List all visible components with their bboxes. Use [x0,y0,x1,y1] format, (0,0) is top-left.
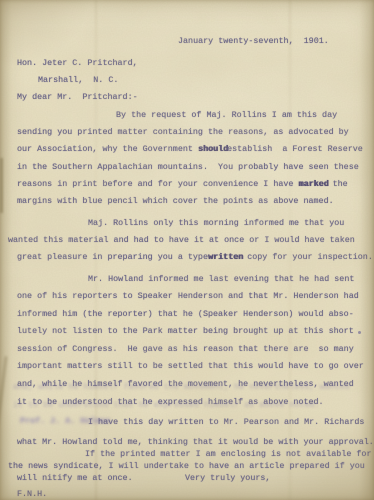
p3-line5: session of Congress. He gave as his reas… [17,344,354,354]
p1-line6: margins with blue pencil which cover the… [17,196,334,206]
p1-line5: reasons in print before and for your con… [17,179,348,189]
p2-line3: great pleasure in preparing you a typewr… [17,252,373,262]
p1-line1: By the request of Maj. Rollins I am this… [116,110,337,120]
p4-line1: I have this day written to Mr. Pearson a… [88,417,364,427]
diagonal-crease [0,356,8,448]
p3-line4: lutely not listen to the Park matter bei… [17,326,354,336]
p3-line2: one of his reporters to Speaker Henderso… [17,291,359,301]
p4-line3: If the printed matter I am enclosing is … [85,449,371,459]
p2-line1: Maj. Rollins only this morning informed … [88,218,344,228]
left-edge-shadow [0,158,3,213]
recipient-name-line: Hon. Jeter C. Pritchard, [17,58,138,68]
recipient-city-line: Marshall, N. C. [38,75,118,85]
overstruck-word-should: should [198,144,228,154]
p4-line4: the news syndicate, I will undertake to … [8,461,365,471]
valediction: Very truly yours, [185,473,270,483]
p1-line3: our Association, why the Government shou… [17,144,363,154]
p1-line5-pre: reasons in print before and for your con… [17,179,298,189]
p1-line2: sending you printed matter containing th… [17,127,349,137]
p2-line3-post: copy for your inspection. [242,252,373,262]
salutation-line: My dear Mr. Pritchard:- [17,92,138,102]
p3-line8: it to be understood that he expressed hi… [17,397,324,407]
p3-line3: informed him (the reporter) that he (Spe… [17,309,354,319]
p3-line6: important matters still to be settled th… [17,361,364,371]
overstruck-word-marked: marked [298,179,328,189]
p3-line7: and, while he himself favored the moveme… [17,379,354,389]
date-line: January twenty-seventh, 1901. [178,36,329,46]
p1-line3-post: establish a Forest Reserve [227,144,363,154]
p4-line2: what Mr. Howland told me, thinking that … [17,437,374,447]
p1-line4: in the Southern Appalachian mountains. Y… [17,162,359,172]
p2-line2: wanted this material and had to have it … [8,235,355,245]
signature-initials: F.N.H. [17,489,47,499]
p4-line5: will nitify me at once. [17,473,133,483]
p1-line3-pre: our Association, why the Government [17,144,198,154]
p1-line5-post: the [328,179,348,189]
p3-line1: Mr. Howland informed me last evening tha… [88,274,354,284]
overstruck-word-written: written [208,252,243,262]
letter-page: January twenty-seventh, 1901. Hon. Jeter… [0,0,374,500]
p2-line3-pre: great pleasure in preparing you a type [17,252,208,262]
ink-dot [358,331,361,334]
